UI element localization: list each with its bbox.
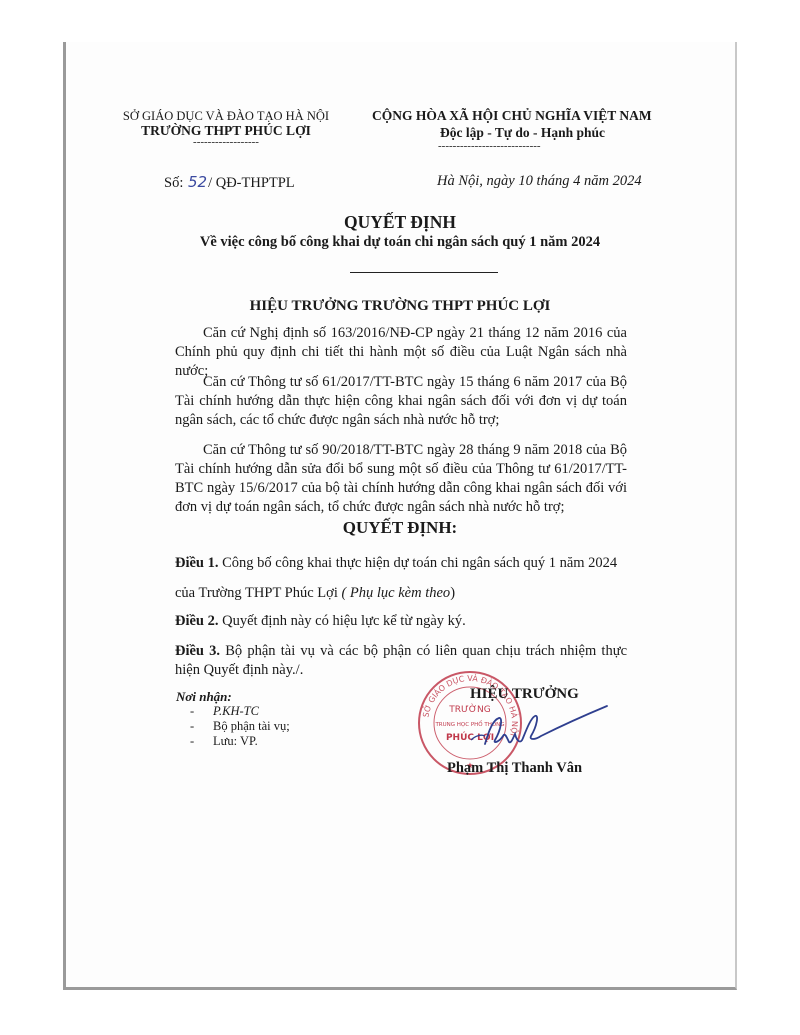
article-1-continuation: của Trường THPT Phúc Lợi ( Phụ lục kèm t… — [175, 584, 627, 603]
article-2-text: Quyết định này có hiệu lực kể từ ngày ký… — [219, 613, 466, 629]
national-title: CỘNG HÒA XÃ HỘI CHỦ NGHĨA VIỆT NAM — [372, 108, 672, 124]
issuer-department: SỞ GIÁO DỤC VÀ ĐÀO TẠO HÀ NỘI — [108, 109, 344, 124]
appendix-note-end: ) — [450, 585, 455, 601]
title-underline — [350, 272, 498, 273]
article-2-label: Điều 2. — [175, 613, 219, 629]
document-number: Số: 52/ QĐ-THPTPL — [164, 173, 295, 192]
document-title: QUYẾT ĐỊNH — [0, 212, 800, 233]
national-motto: Độc lập - Tự do - Hạnh phúc — [440, 125, 680, 141]
recipient-item: -Lưu: VP. — [190, 734, 258, 749]
signatory-name: Phạm Thị Thanh Vân — [447, 760, 582, 777]
issuer-separator: ------------------ — [108, 136, 344, 148]
article-2: Điều 2. Quyết định này có hiệu lực kể từ… — [175, 612, 627, 631]
article-1-continuation-text: của Trường THPT Phúc Lợi — [175, 585, 341, 601]
article-1-text: Công bố công khai thực hiện dự toán chi … — [219, 555, 618, 571]
appendix-note: ( Phụ lục kèm theo — [341, 585, 450, 601]
national-separator: ---------------------------- — [438, 140, 638, 152]
decision-heading: QUYẾT ĐỊNH: — [0, 518, 800, 538]
article-3-text: Bộ phận tài vụ và các bộ phận có liên qu… — [175, 643, 627, 678]
handwritten-number: 52 — [188, 173, 207, 191]
article-3: Điều 3. Bộ phận tài vụ và các bộ phận có… — [175, 642, 627, 680]
article-3-label: Điều 3. — [175, 643, 220, 659]
article-1-label: Điều 1. — [175, 555, 219, 571]
recipient-item: -Bộ phận tài vụ; — [190, 719, 290, 734]
recipient-item: -P.KH-TC — [190, 704, 259, 719]
document-subject: Về việc công bố công khai dự toán chi ng… — [0, 234, 800, 251]
preamble-2: Căn cứ Thông tư số 61/2017/TT-BTC ngày 1… — [175, 373, 627, 430]
number-prefix: Số: — [164, 175, 183, 191]
handwritten-signature-icon — [465, 700, 615, 760]
preamble-3: Căn cứ Thông tư số 90/2018/TT-BTC ngày 2… — [175, 441, 627, 517]
issuing-authority: HIỆU TRƯỞNG TRƯỜNG THPT PHÚC LỢI — [0, 298, 800, 315]
article-1: Điều 1. Công bố công khai thực hiện dự t… — [175, 554, 627, 573]
recipients-title: Nơi nhận: — [176, 689, 232, 705]
place-date: Hà Nội, ngày 10 tháng 4 năm 2024 — [437, 173, 642, 190]
number-suffix: / QĐ-THPTPL — [208, 175, 295, 191]
